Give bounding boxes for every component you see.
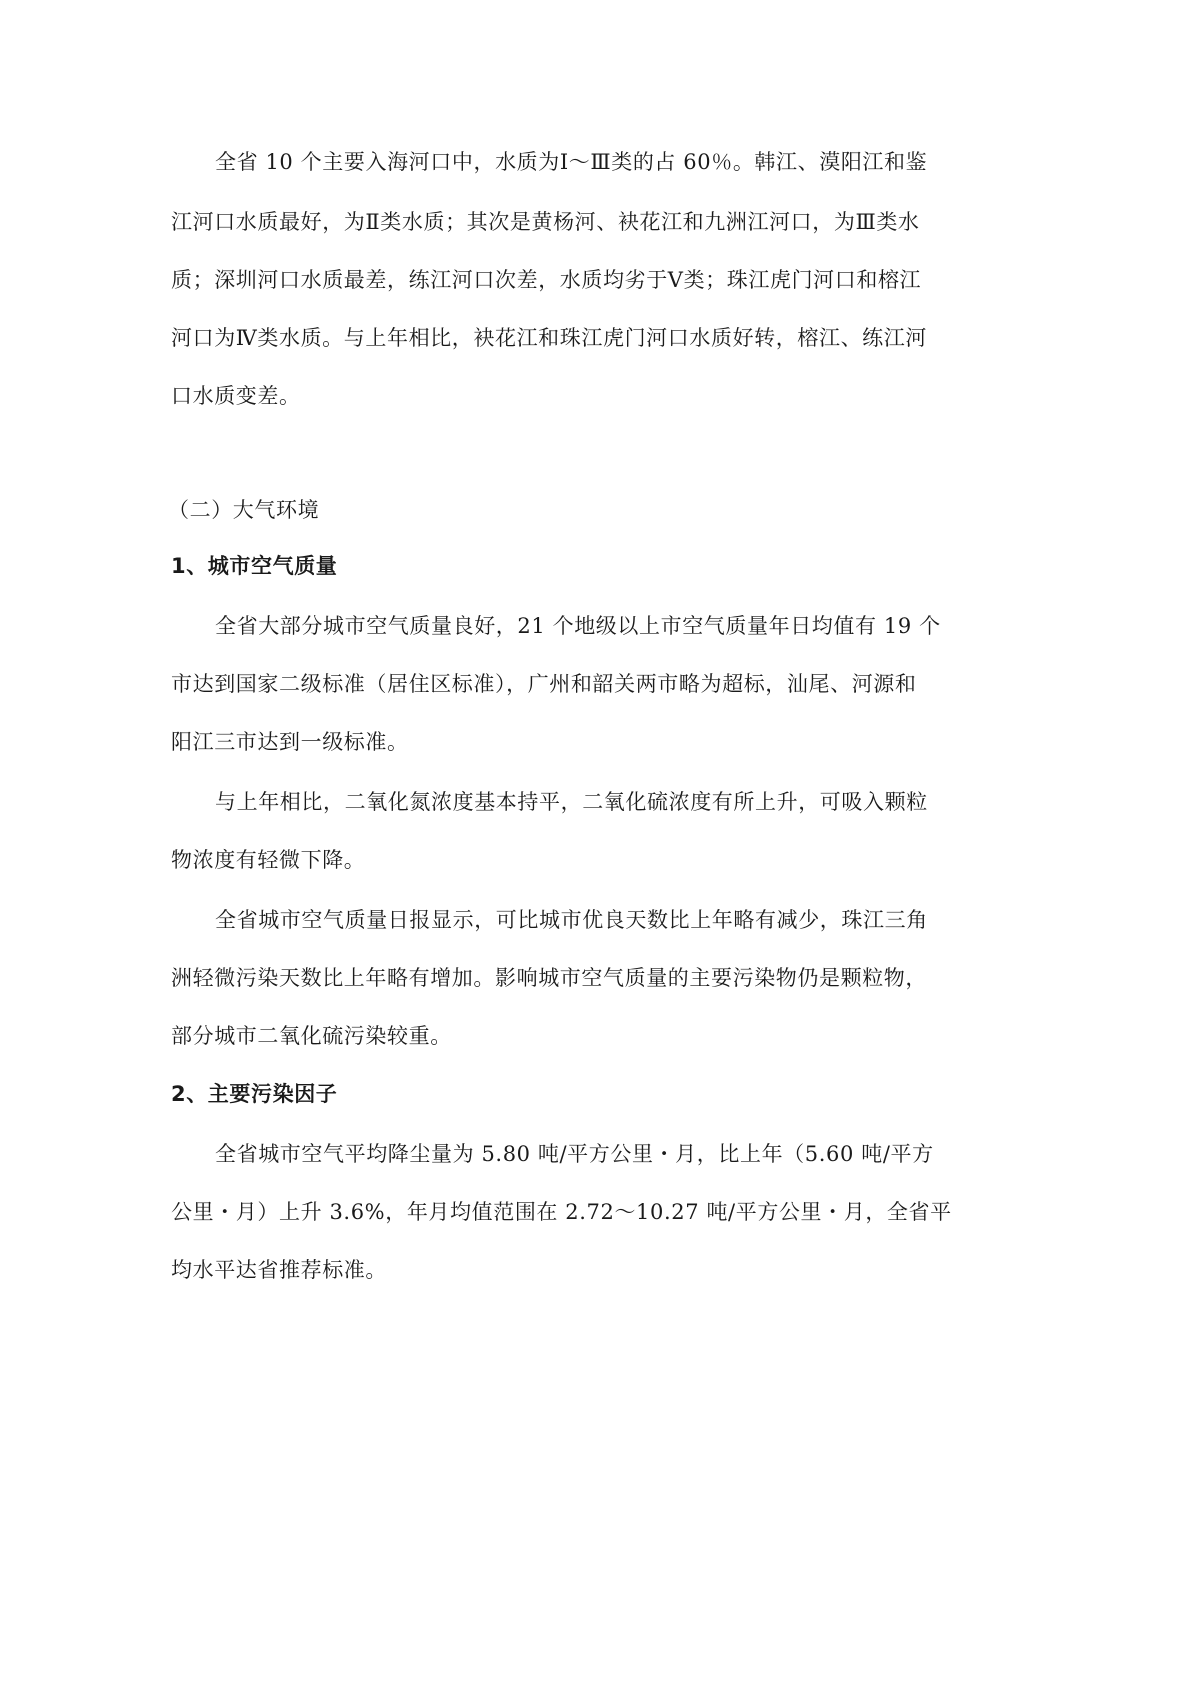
subsection-title-main-pollutants: 2、主要污染因子 bbox=[171, 1079, 1011, 1109]
text-line: 江河口水质最好，为Ⅱ类水质；其次是黄杨河、袂花江和九洲江河口，为Ⅲ类水 bbox=[171, 207, 1011, 237]
text-line: 均水平达省推荐标准。 bbox=[171, 1255, 1011, 1285]
text-line: 全省城市空气平均降尘量为 5.80 吨/平方公里・月，比上年（5.60 吨/平方 bbox=[215, 1139, 1055, 1169]
text-line: 全省城市空气质量日报显示，可比城市优良天数比上年略有减少，珠江三角 bbox=[215, 905, 1055, 935]
text-line: 质；深圳河口水质最差，练江河口次差，水质均劣于Ⅴ类；珠江虎门河口和榕江 bbox=[171, 265, 1011, 295]
text-line: 洲轻微污染天数比上年略有增加。影响城市空气质量的主要污染物仍是颗粒物， bbox=[171, 963, 1011, 993]
text-line: 全省大部分城市空气质量良好，21 个地级以上市空气质量年日均值有 19 个 bbox=[215, 611, 1055, 641]
text-line: 全省 10 个主要入海河口中，水质为Ⅰ～Ⅲ类的占 60％。韩江、漠阳江和鉴 bbox=[215, 147, 1055, 177]
text-line: 口水质变差。 bbox=[171, 381, 1011, 411]
text-line: 物浓度有轻微下降。 bbox=[171, 845, 1011, 875]
text-line: 公里・月）上升 3.6%，年月均值范围在 2.72～10.27 吨/平方公里・月… bbox=[171, 1197, 1011, 1227]
subsection-title-urban-air-quality: 1、城市空气质量 bbox=[171, 551, 1011, 581]
section-heading-atmosphere: （二）大气环境 bbox=[168, 495, 1008, 525]
text-line: 部分城市二氧化硫污染较重。 bbox=[171, 1021, 1011, 1051]
document-page: 全省 10 个主要入海河口中，水质为Ⅰ～Ⅲ类的占 60％。韩江、漠阳江和鉴 江河… bbox=[0, 0, 1191, 1684]
text-line: 与上年相比，二氧化氮浓度基本持平，二氧化硫浓度有所上升，可吸入颗粒 bbox=[215, 787, 1055, 817]
text-line: 河口为Ⅳ类水质。与上年相比，袂花江和珠江虎门河口水质好转，榕江、练江河 bbox=[171, 323, 1011, 353]
text-line: 市达到国家二级标准（居住区标准），广州和韶关两市略为超标，汕尾、河源和 bbox=[171, 669, 1011, 699]
text-line: 阳江三市达到一级标准。 bbox=[171, 727, 1011, 757]
